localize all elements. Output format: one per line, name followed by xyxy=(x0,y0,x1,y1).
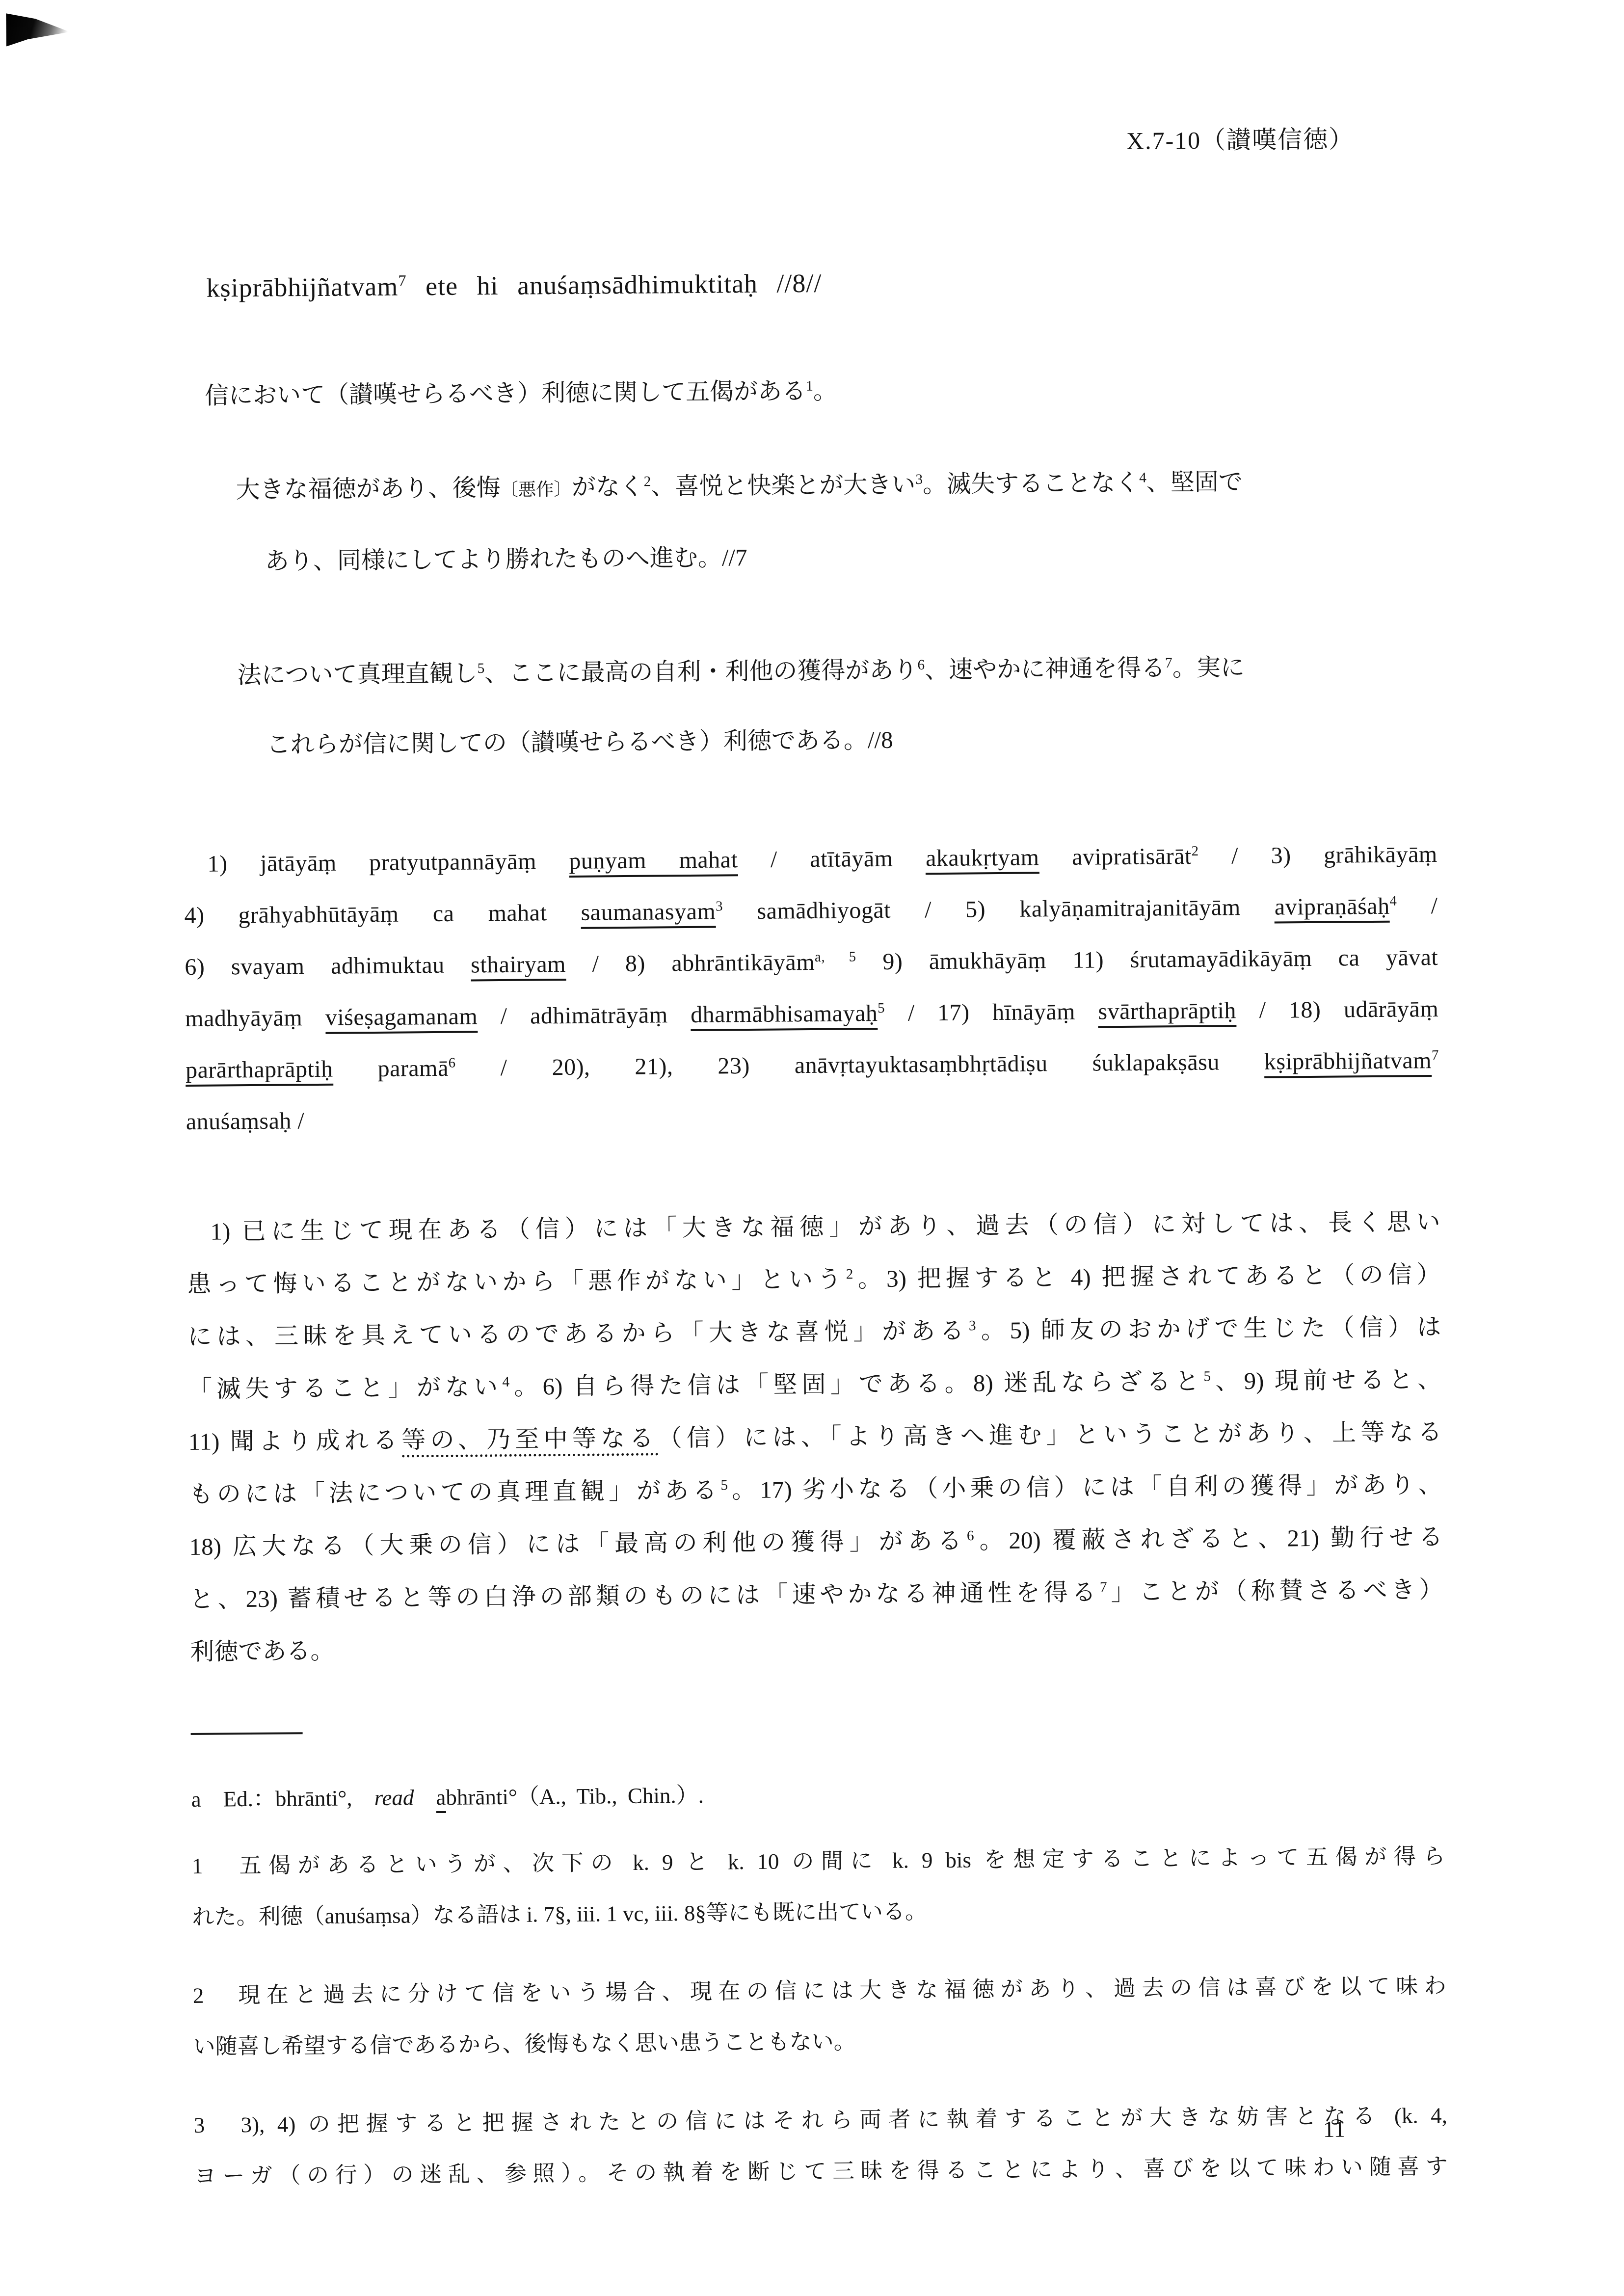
text-segment: / 3) grāhikāyāṃ xyxy=(1199,841,1438,869)
text-segment: 、喜悦と快楽とが大きい xyxy=(651,471,915,500)
superscript-ref: 4 xyxy=(1389,893,1397,909)
text-segment: 3 3), 4) の把握すると把握されたとの信にはそれら両者に執着することが大き… xyxy=(194,2103,1447,2137)
text-segment: 2 現在と過去に分けて信をいう場合、現在の信には大きな福徳があり、過去の信は喜び… xyxy=(193,1974,1446,2008)
text-segment: 。17) 劣小なる（小乗の信）には「自利の獲得」があり、 xyxy=(728,1471,1442,1503)
verse-translation-7: 大きな福徳があり、後悔〔悪作〕がなく2、喜悦と快楽とが大きい3。滅失することなく… xyxy=(181,446,1435,597)
text-segment: read xyxy=(374,1785,414,1810)
sanskrit-line: parārthaprāptiḥ paramā6 / 20), 21), 23) … xyxy=(186,1035,1439,1096)
commentary-paragraph: 1) 已に生じて現在ある（信）には「大きな福徳」があり、過去（の信）に対しては、… xyxy=(186,1196,1443,1678)
footnote-line: ヨーガ（の行）の迷乱、参照）。その執着を断じて三昧を得ることにより、喜びを以て味… xyxy=(194,2141,1448,2202)
intro-paragraph: 信において（讃嘆せらるべき）利徳に関して五偈がある1。 xyxy=(180,367,1434,411)
text-segment: 1) jātāyāṃ pratyutpannāyāṃ xyxy=(208,848,569,877)
footnote-line: 1 五偈があるというが、次下の k. 9 と k. 10 の間に k. 9 bi… xyxy=(191,1831,1445,1892)
sanskrit-line: madhyāyāṃ viśeṣagamanam / adhimātrāyāṃ d… xyxy=(185,983,1439,1044)
verse-translation-8: 法について真理直観し5、ここに最高の自利・利他の獲得があり6、速やかに神通を得る… xyxy=(182,631,1437,780)
text-segment: 。滅失することなく xyxy=(923,469,1139,498)
superscript-ref: 3 xyxy=(716,898,723,914)
text-segment: viśeṣagamanam xyxy=(325,1003,478,1034)
footnote-line: 2 現在と過去に分けて信をいう場合、現在の信には大きな福徳があり、過去の信は喜び… xyxy=(192,1960,1446,2021)
text-segment: saumanasyam xyxy=(581,899,716,929)
text-segment: / 18) udārāyāṃ xyxy=(1236,996,1439,1023)
sanskrit-verse-line: kṣiprābhijñatvam7 ete hi anuśaṃsādhimukt… xyxy=(179,263,1433,303)
superscript-ref: 1 xyxy=(806,378,813,394)
footnote-a: a Ed.：bhrānti°, read abhrānti°（A., Tib.,… xyxy=(191,1771,1444,1813)
commentary-line: 患って悔いることがないから「悪作がない」という2。3) 把握すると 4) 把握さ… xyxy=(187,1248,1441,1310)
page-body: kṣiprābhijñatvam7 ete hi anuśaṃsādhimukt… xyxy=(0,262,1624,2203)
text-segment: 、9) 現前せると、 xyxy=(1211,1366,1441,1395)
superscript-ref: 4 xyxy=(1139,470,1146,485)
text-segment: これらが信に関しての（讃嘆せらるべき）利徳である。//8 xyxy=(266,726,893,758)
text-segment: / 8) abhrāntikāyām xyxy=(566,949,815,977)
text-segment: と、23) 蓄積せると等の白浄の部類のものには「速やかなる神通性を得る xyxy=(189,1578,1100,1613)
text-segment: a Ed.：bhrānti°, xyxy=(191,1786,374,1812)
commentary-line: 1) 已に生じて現在ある（信）には「大きな福徳」があり、過去（の信）に対しては、… xyxy=(186,1196,1440,1258)
text-segment: い随喜し希望する信であるから、後悔もなく思い患うこともない。 xyxy=(193,2029,855,2059)
superscript-ref: 7 xyxy=(1165,655,1172,671)
verse-line: あり、同様にしてより勝れたものへ進む。//7 xyxy=(181,517,1435,597)
footnote-line: 3 3), 4) の把握すると把握されたとの信にはそれら両者に執着することが大き… xyxy=(193,2090,1447,2151)
scan-content: X.7-10（讃嘆信徳） kṣiprābhijñatvam7 ete hi an… xyxy=(0,0,1624,2203)
sanskrit-line: 6) svayam adhimuktau sthairyam / 8) abhr… xyxy=(185,932,1438,993)
commentary-line: ものには「法についての真理直観」がある5。17) 劣小なる（小乗の信）には「自利… xyxy=(188,1458,1442,1521)
text-segment: 。20) 覆蔽されざると、21) 勤行せる xyxy=(974,1523,1443,1554)
text-segment: （信）には、「より高きへ進む」ということがあり、上等なる xyxy=(658,1418,1442,1452)
footnote-3: 3 3), 4) の把握すると把握されたとの信にはそれら両者に執着することが大き… xyxy=(193,2090,1448,2202)
text-segment: paramā xyxy=(333,1055,449,1082)
document-page: X.7-10（讃嘆信徳） kṣiprābhijñatvam7 ete hi an… xyxy=(0,0,1624,2296)
text-segment: ヨーガ（の行）の迷乱、参照）。その執着を断じて三昧を得ることにより、喜びを以て味… xyxy=(194,2154,1448,2189)
text-segment: avipratisārāt xyxy=(1039,843,1192,870)
verse-line: 大きな福徳があり、後悔〔悪作〕がなく2、喜悦と快楽とが大きい3。滅失することなく… xyxy=(181,446,1435,527)
text-segment: 、速やかに神通を得る xyxy=(925,654,1165,683)
sanskrit-line: 1) jātāyāṃ pratyutpannāyāṃ puṇyam mahat … xyxy=(184,828,1438,890)
running-header: X.7-10（讃嘆信徳） xyxy=(0,0,1618,165)
footnote-divider xyxy=(191,1732,303,1735)
text-segment: anuśaṃsaḥ / xyxy=(186,1108,305,1135)
text-segment: parārthaprāptiḥ xyxy=(186,1056,333,1087)
superscript-ref: 5 xyxy=(1203,1368,1211,1384)
superscript-ref: 7 xyxy=(398,272,406,290)
text-segment: 4) grāhyabhūtāyāṃ ca mahat xyxy=(184,900,581,929)
superscript-ref: 2 xyxy=(644,474,651,489)
commentary-line: と、23) 蓄積せると等の白浄の部類のものには「速やかなる神通性を得る7」ことが… xyxy=(189,1563,1443,1626)
superscript-ref: 5 xyxy=(478,661,485,676)
superscript-ref: 6 xyxy=(967,1528,974,1544)
superscript-ref: 6 xyxy=(917,657,925,673)
text-segment: / atītāyām xyxy=(738,845,926,873)
text-segment: ete hi anuśaṃsādhimuktitaḥ //8// xyxy=(406,268,822,301)
text-segment: kṣiprābhijñatvam xyxy=(1264,1047,1432,1078)
commentary-line: 「滅失すること」がない4。6) 自ら得た信は「堅固」である。8) 迷乱ならざると… xyxy=(188,1353,1442,1415)
text-segment: には、三昧を具えているのであるから「大きな喜悦」がある xyxy=(187,1317,969,1351)
text-segment: kṣiprābhijñatvam xyxy=(206,272,398,303)
commentary-line: 利徳である。 xyxy=(190,1616,1444,1678)
text-segment: svārthaprāptiḥ xyxy=(1098,997,1236,1028)
text-segment: 、堅固で xyxy=(1146,468,1243,496)
text-segment: 。6) 自ら得た信は「堅固」である。8) 迷乱ならざると xyxy=(509,1368,1204,1400)
text-segment: bhrānti°（A., Tib., Chin.）. xyxy=(446,1783,704,1810)
text-segment: 等の、乃至中等なる xyxy=(401,1425,658,1458)
text-segment: 〔悪作〕 xyxy=(501,480,572,500)
superscript-ref: 2 xyxy=(846,1266,853,1282)
text-segment: 9) āmukhāyāṃ 11) śrutamayādikāyāṃ ca yāv… xyxy=(856,944,1438,975)
text-segment: 、ここに最高の自利・利他の獲得があり xyxy=(484,656,917,687)
footnote-1: 1 五偈があるというが、次下の k. 9 と k. 10 の間に k. 9 bi… xyxy=(191,1831,1446,1943)
text-segment: 利徳である。 xyxy=(190,1637,334,1665)
text-segment: 」ことが（称賛さるべき） xyxy=(1107,1576,1443,1605)
verse-line: 法について真理直観し5、ここに最高の自利・利他の獲得があり6、速やかに神通を得る… xyxy=(182,631,1436,711)
text-segment: puṇyam mahat xyxy=(569,847,738,878)
text-segment: ものには「法についての真理直観」がある xyxy=(189,1477,721,1508)
text-segment: 11) 聞より成れる xyxy=(188,1427,402,1455)
text-segment: / xyxy=(1397,893,1438,919)
text-segment: 大きな福徳があり、後悔 xyxy=(236,474,501,503)
text-segment: 患って悔いることがないから「悪作がない」という xyxy=(187,1265,846,1298)
commentary-line: 11) 聞より成れる等の、乃至中等なる（信）には、「より高きへ進む」ということが… xyxy=(188,1406,1442,1468)
commentary-line: には、三昧を具えているのであるから「大きな喜悦」がある3。5) 師友のおかげで生… xyxy=(187,1301,1441,1363)
text-segment: a xyxy=(436,1785,446,1813)
text-segment: 18) 広大なる（大乗の信）には「最高の利他の獲得」がある xyxy=(189,1527,967,1560)
commentary-line: 18) 広大なる（大乗の信）には「最高の利他の獲得」がある6。20) 覆蔽されざ… xyxy=(189,1511,1443,1573)
text-segment: 。実に xyxy=(1172,654,1245,681)
verse-line: これらが信に関しての（讃嘆せらるべき）利徳である。//8 xyxy=(183,701,1437,780)
text-segment: / 20), 21), 23) anāvṛtayuktasaṃbhṛtādiṣu… xyxy=(456,1049,1264,1081)
superscript-ref: 2 xyxy=(1192,843,1199,859)
footnote-2: 2 現在と過去に分けて信をいう場合、現在の信には大きな福徳があり、過去の信は喜び… xyxy=(192,1960,1447,2072)
sanskrit-passage: 1) jātāyāṃ pratyutpannāyāṃ puṇyam mahat … xyxy=(184,828,1439,1148)
text-segment: dharmābhisamayaḥ xyxy=(691,1000,878,1031)
text-segment: akaukṛtyam xyxy=(926,844,1039,875)
text-segment: がなく xyxy=(572,473,644,501)
text-segment xyxy=(414,1785,436,1810)
text-segment: / adhimātrāyāṃ xyxy=(478,1002,691,1029)
superscript-ref: 5 xyxy=(720,1477,728,1493)
text-segment: あり、同様にしてより勝れたものへ進む。//7 xyxy=(265,544,747,575)
footnote-line: い随喜し希望する信であるから、後悔もなく思い患うこともない。 xyxy=(193,2011,1447,2072)
sanskrit-line: anuśaṃsaḥ / xyxy=(186,1086,1439,1148)
text-segment: 法について真理直観し xyxy=(237,660,477,689)
superscript-ref: 7 xyxy=(1100,1579,1107,1595)
footnote-line: れた。利徳（anuśaṃsa）なる語は i. 7§, iii. 1 vc, ii… xyxy=(192,1882,1446,1943)
text-segment: 「滅失すること」がない xyxy=(188,1373,503,1403)
text-segment: 。5) 師友のおかげで生じた（信）は xyxy=(976,1313,1441,1344)
text-segment: 1 五偈があるというが、次下の k. 9 と k. 10 の間に k. 9 bi… xyxy=(192,1844,1445,1878)
superscript-ref: 3 xyxy=(969,1318,976,1334)
superscript-ref: 4 xyxy=(502,1374,509,1390)
text-segment: れた。利徳（anuśaṃsa）なる語は i. 7§, iii. 1 vc, ii… xyxy=(192,1899,927,1929)
superscript-ref: 5 xyxy=(878,1000,885,1016)
text-segment: 1) 已に生じて現在ある（信）には「大きな福徳」があり、過去（の信）に対しては、… xyxy=(210,1208,1440,1245)
text-segment: 信において（讃嘆せらるべき）利徳に関して五偈がある xyxy=(205,377,806,409)
superscript-ref: 6 xyxy=(449,1055,456,1071)
superscript-ref: 7 xyxy=(1432,1047,1439,1063)
text-segment: avipraṇāśaḥ xyxy=(1275,893,1390,924)
text-segment: / 17) hīnāyāṃ xyxy=(885,998,1098,1026)
text-segment: 。 xyxy=(813,377,837,404)
sanskrit-line: 4) grāhyabhūtāyāṃ ca mahat saumanasyam3 … xyxy=(184,880,1438,941)
page-number: 11 xyxy=(1323,2116,1346,2143)
text-segment: 6) svayam adhimuktau xyxy=(185,952,471,980)
superscript-ref: 3 xyxy=(915,472,923,487)
text-segment: 。3) 把握すると 4) 把握されてあると（の信） xyxy=(853,1261,1440,1292)
text-segment: madhyāyāṃ xyxy=(185,1005,325,1032)
text-segment: samādhiyogāt / 5) kalyāṇamitrajanitāyām xyxy=(723,894,1275,925)
superscript-ref: a, 5 xyxy=(815,949,856,965)
text-segment: sthairyam xyxy=(471,951,566,982)
